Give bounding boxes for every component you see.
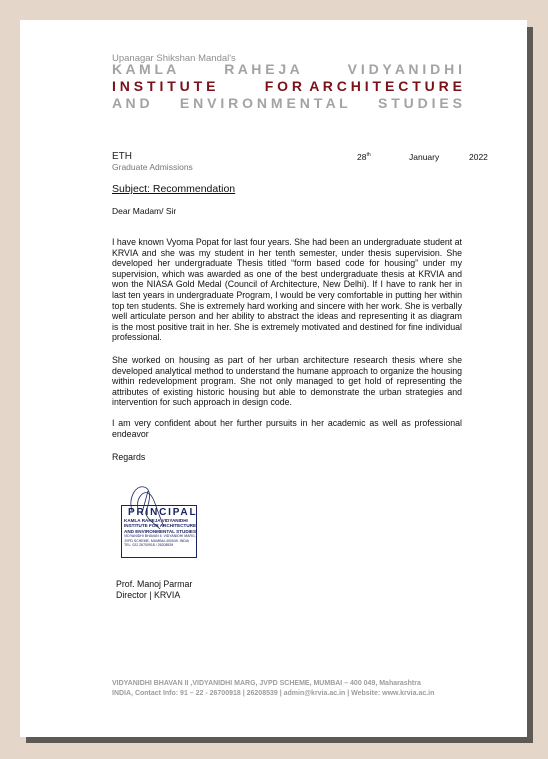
salutation: Dear Madam/ Sir (112, 206, 176, 216)
signature-stamp-block: PRINCIPAL KAMLA RAHEJA VIDYANIDHI INSTIT… (118, 483, 198, 558)
date-day: 28th (357, 152, 409, 162)
stamp-line: TEL: 022 26700918 / 26208539 (122, 543, 196, 548)
footer-contact: INDIA, Contact Info: 91 – 22 - 26700918 … (112, 689, 472, 699)
stamp-title: PRINCIPAL (122, 507, 196, 518)
closing: Regards (112, 452, 145, 462)
body-paragraph: I have known Vyoma Popat for last four y… (112, 237, 462, 343)
letterhead-line-2: I N S T I T U T E F O R A R C H I T E C … (112, 78, 462, 94)
recipient-name: ETH (112, 151, 132, 162)
letterhead-word: A N D (112, 95, 150, 111)
body-paragraph: I am very confident about her further pu… (112, 418, 462, 439)
letterhead-word: E N V I R O N M E N T A L (180, 95, 348, 111)
body-paragraph: She worked on housing as part of her urb… (112, 355, 462, 408)
date-month: January (409, 152, 469, 162)
letterhead-word: R A H E J A (224, 61, 299, 77)
letterhead-word: V I D Y A N I D H I (348, 61, 462, 77)
letter-page: Upanagar Shikshan Mandal's K A M L A R A… (20, 20, 527, 737)
recipient-department: Graduate Admissions (112, 162, 193, 172)
footer-address: VIDYANIDHI BHAVAN II ,VIDYANIDHI MARG, J… (112, 679, 472, 689)
signer-name: Prof. Manoj Parmar (116, 579, 192, 590)
date-year: 2022 (469, 152, 488, 162)
letter-footer: VIDYANIDHI BHAVAN II ,VIDYANIDHI MARG, J… (112, 679, 472, 699)
signer-block: Prof. Manoj Parmar Director | KRVIA (116, 579, 192, 601)
principal-stamp: PRINCIPAL KAMLA RAHEJA VIDYANIDHI INSTIT… (121, 505, 197, 558)
letterhead-line-3: A N D E N V I R O N M E N T A L S T U D … (112, 95, 462, 111)
letterhead-word: F O R A R C H I T E C T U R E (265, 78, 462, 94)
letterhead-line-1: K A M L A R A H E J A V I D Y A N I D H … (112, 61, 462, 77)
letterhead-word: I N S T I T U T E (112, 78, 215, 94)
letter-date: 28th January 2022 (357, 152, 488, 162)
letterhead-word: S T U D I E S (378, 95, 462, 111)
subject-line: Subject: Recommendation (112, 183, 235, 195)
letterhead-word: K A M L A (112, 61, 176, 77)
signer-title: Director | KRVIA (116, 590, 192, 601)
